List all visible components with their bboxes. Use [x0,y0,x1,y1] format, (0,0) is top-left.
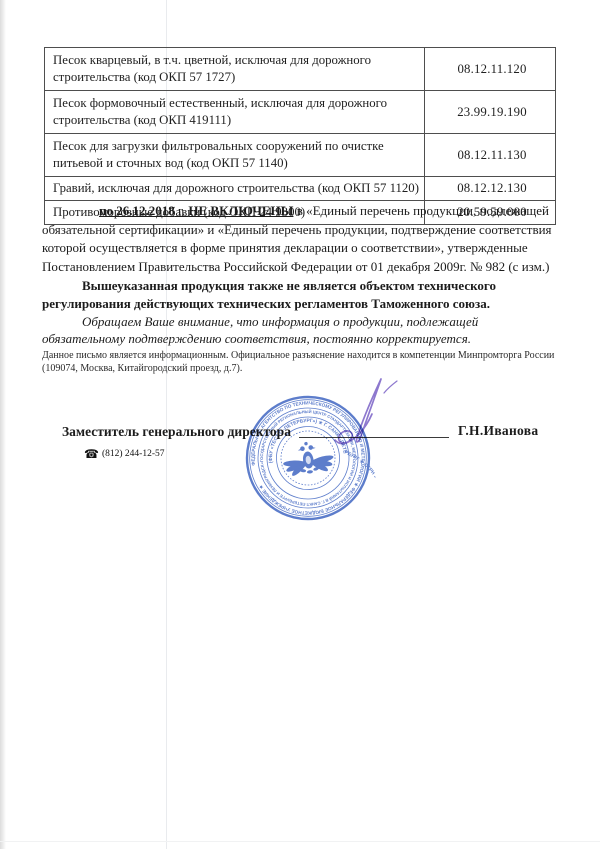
product-name-cell: Песок формовочный естественный, исключая… [45,91,425,134]
not-included-paragraph: по 26.12.2018 г. НЕ ВКЛЮЧЕНЫ в «Единый п… [42,202,558,276]
signature-stroke [384,381,397,393]
scanned-letter-page: Песок кварцевый, в т.ч. цветной, исключа… [0,0,600,849]
informational-note: Данное письмо является информационным. О… [42,350,558,375]
product-codes-table: Песок кварцевый, в т.ч. цветной, исключа… [44,47,556,225]
table-row: Песок формовочный естественный, исключая… [45,91,556,134]
not-included-emphasis: НЕ ВКЛЮЧЕНЫ [188,203,293,218]
scan-bottom-line [0,841,600,842]
product-code-cell: 08.12.11.120 [425,48,556,91]
product-code-cell: 23.99.19.190 [425,91,556,134]
table-row: Песок кварцевый, в т.ч. цветной, исключа… [45,48,556,91]
customs-union-paragraph: Вышеуказанная продукция также не являетс… [42,277,558,313]
letter-body: по 26.12.2018 г. НЕ ВКЛЮЧЕНЫ в «Единый п… [42,202,558,375]
phone-icon: ☎ [84,448,99,460]
product-code-cell: 08.12.11.130 [425,134,556,177]
handwritten-signature [328,376,400,450]
table-row: Песок для загрузки фильтровальных сооруж… [45,134,556,177]
signatory-name: Г.Н.Иванова [458,423,538,439]
product-code-cell: 08.12.12.130 [425,177,556,201]
product-name-cell: Гравий, исключая для дорожного строитель… [45,177,425,201]
cutoff-date: по 26.12.2018 [99,203,175,218]
product-name-cell: Песок кварцевый, в т.ч. цветной, исключа… [45,48,425,91]
phone-number: (812) 244-12-57 [102,449,165,459]
scan-edge-shadow [0,0,6,849]
table-row: Гравий, исключая для дорожного строитель… [45,177,556,201]
date-suffix: г. [175,203,189,218]
attention-paragraph: Обращаем Ваше внимание, что информация о… [42,314,558,347]
phone-contact: ☎ (812) 244-12-57 [84,448,164,460]
product-name-cell: Песок для загрузки фильтровальных сооруж… [45,134,425,177]
